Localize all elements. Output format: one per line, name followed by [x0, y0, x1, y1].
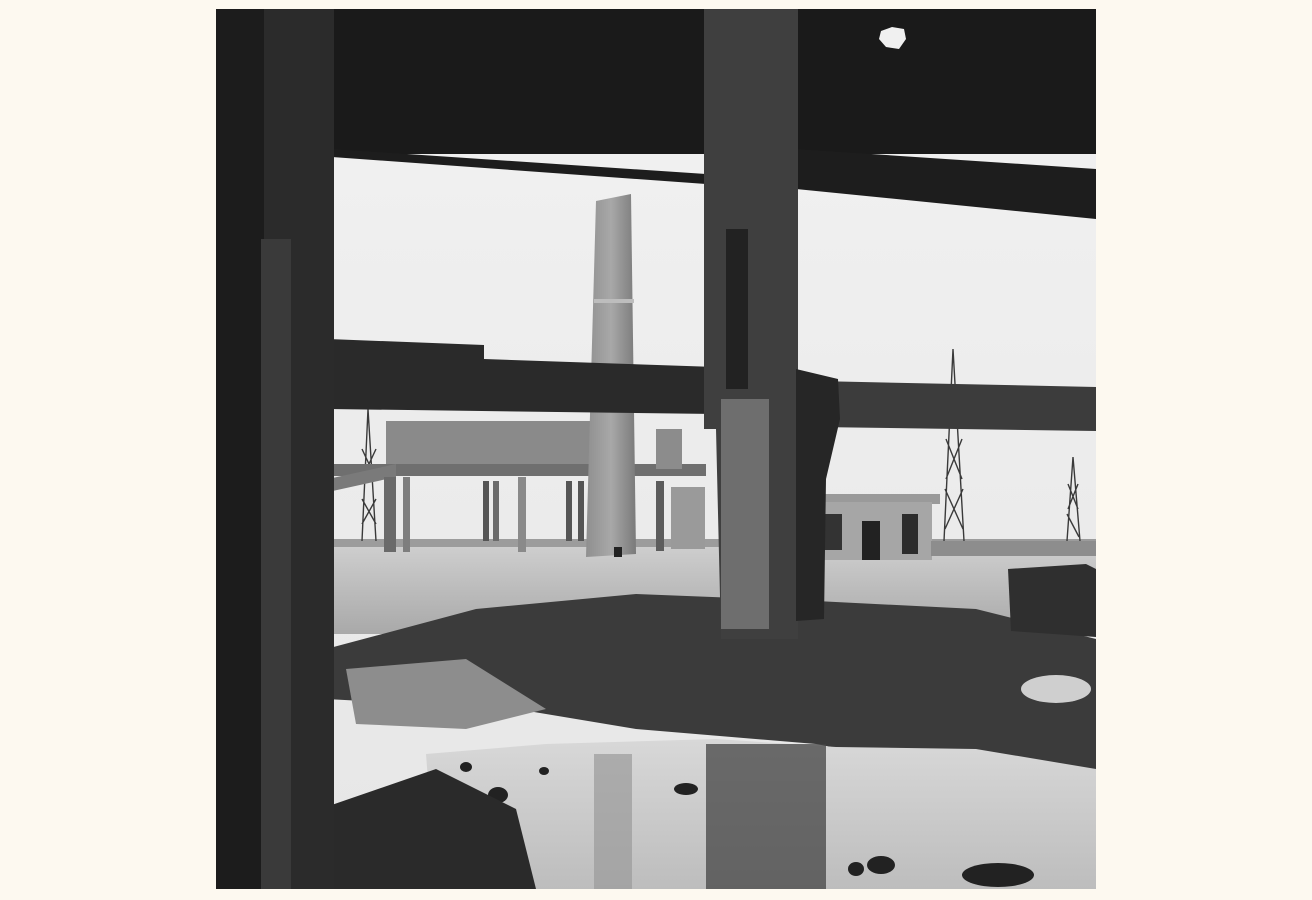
top-lintel	[216, 9, 1096, 154]
industrial-ruins-photo	[216, 9, 1096, 889]
photograph	[216, 9, 1096, 889]
